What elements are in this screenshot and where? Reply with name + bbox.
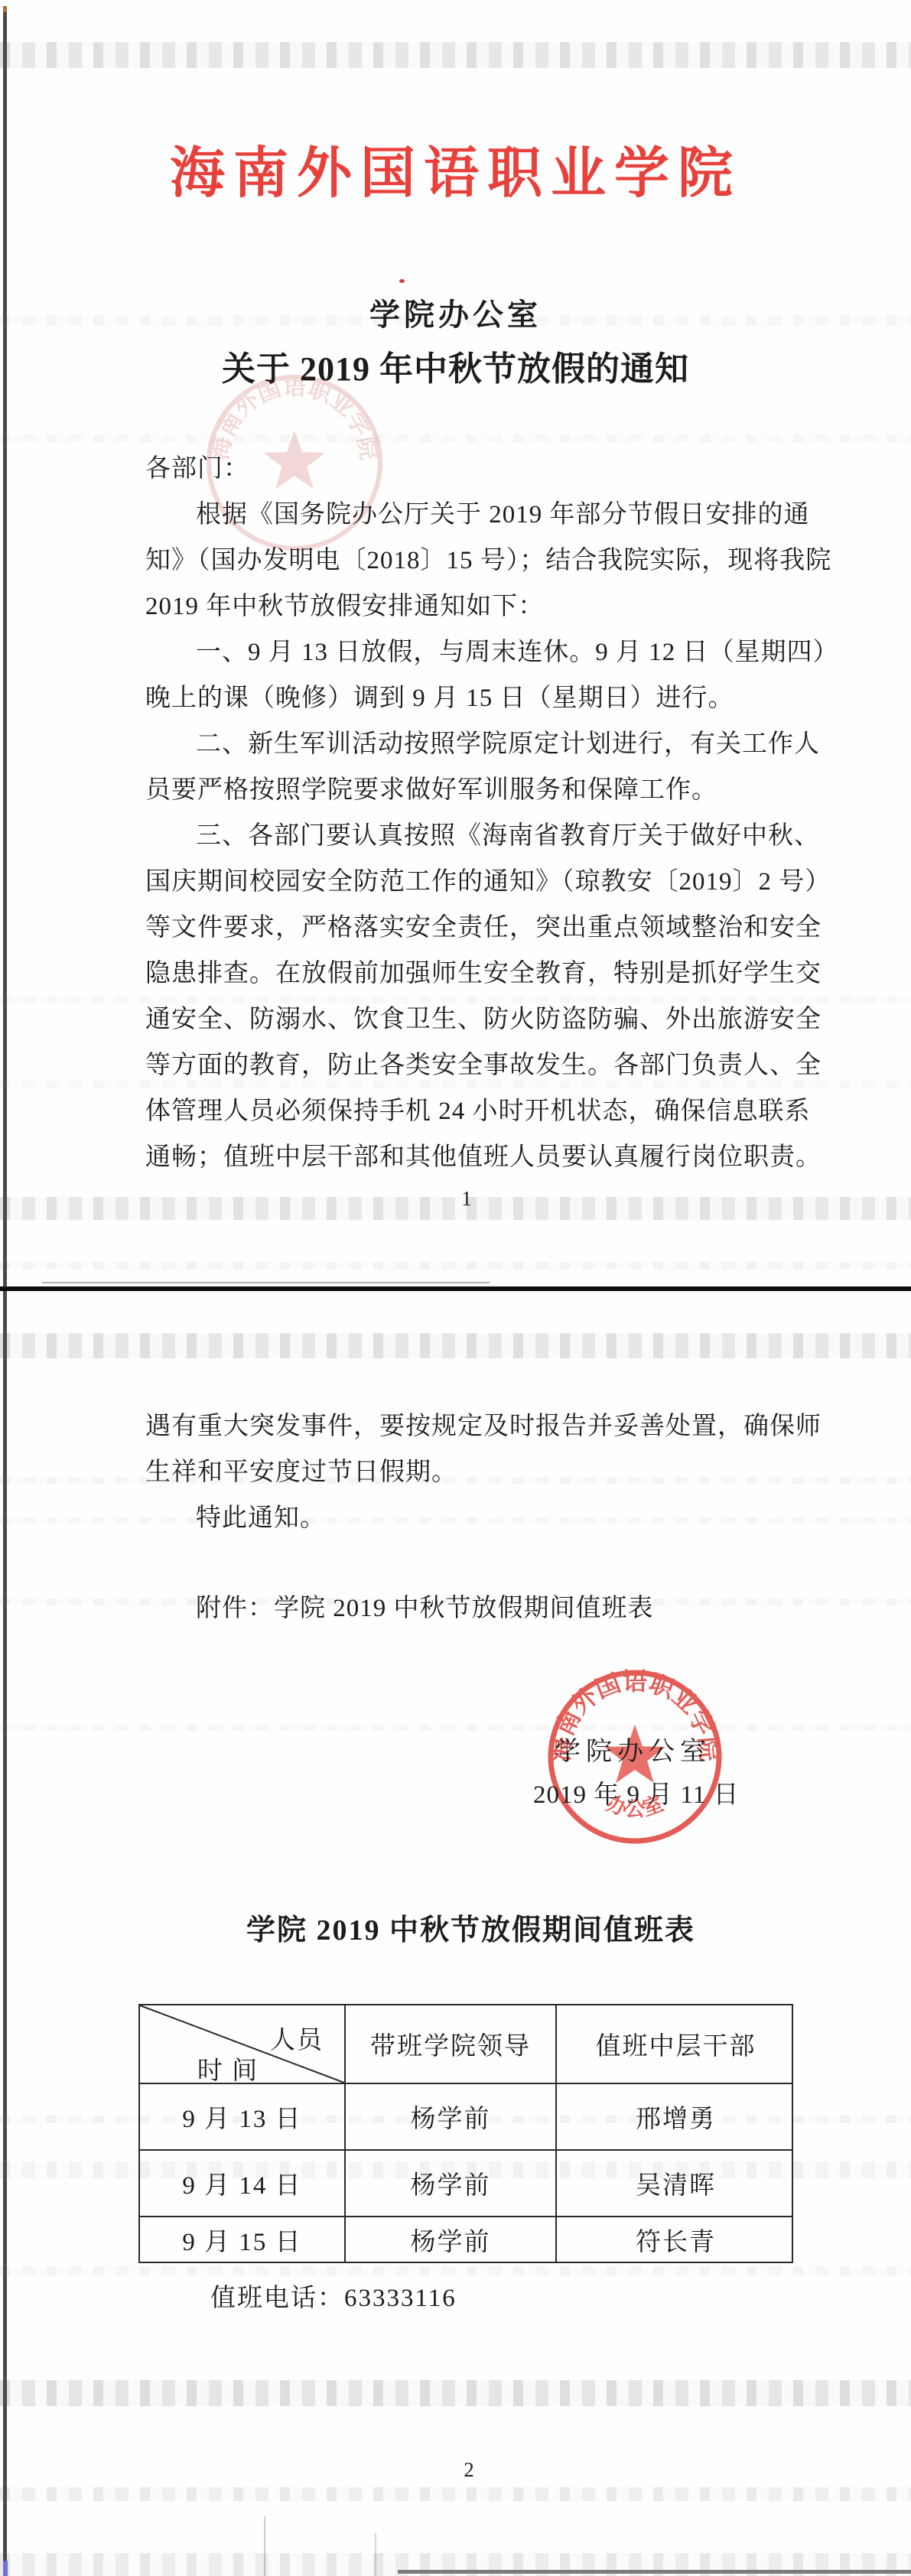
body-line: 体管理人员必须保持手机 24 小时开机状态，确保信息联系 xyxy=(145,1088,780,1134)
scan-left-edge-line xyxy=(3,6,7,2576)
attachment-reference-line: 附件：学院 2019 中秋节放假期间值班表 xyxy=(196,1586,831,1631)
body-line: 国庆期间校园安全防范工作的通知》（琼教安〔2019〕2 号） xyxy=(145,859,780,905)
scan-band xyxy=(0,1725,911,1731)
duty-leader: 杨学前 xyxy=(346,2217,555,2262)
body-line: 根据《国务院办公厅关于 2019 年部分节假日安排的通 xyxy=(145,492,780,538)
duty-cadre: 吴清晖 xyxy=(557,2151,795,2216)
notice-body-page2: 遇有重大突发事件，要按规定及时报告并妥善处置，确保师 生祥和平安度过节日假期。 … xyxy=(145,1403,780,1541)
scan-band xyxy=(0,1262,911,1270)
scan-left-edge-tip xyxy=(3,6,7,12)
notice-body-page1: 各部门： 根据《国务院办公厅关于 2019 年部分节假日安排的通 知》（国办发明… xyxy=(145,446,780,1180)
scan-bottom-dark-line xyxy=(398,2570,911,2574)
duty-date: 9 月 14 日 xyxy=(140,2151,344,2216)
duty-cadre: 邢增勇 xyxy=(557,2084,795,2149)
signer-name: 学院办公室 xyxy=(555,1730,711,1768)
scan-scratch xyxy=(264,2516,265,2576)
duty-phone-line: 值班电话：63333116 xyxy=(210,2278,457,2314)
body-line: 遇有重大突发事件，要按规定及时报告并妥善处置，确保师 xyxy=(145,1403,780,1449)
notice-title: 关于 2019 年中秋节放假的通知 xyxy=(0,341,911,390)
scan-red-dot xyxy=(399,279,405,283)
duty-table-title: 学院 2019 中秋节放假期间值班表 xyxy=(15,1906,911,1948)
body-line: 生祥和平安度过节日假期。 xyxy=(145,1449,780,1495)
body-line: 各部门： xyxy=(145,446,780,492)
duty-cadre: 符长青 xyxy=(557,2217,795,2262)
body-line: 三、各部门要认真按照《海南省教育厅关于做好中秋、 xyxy=(145,813,780,859)
body-line: 通畅；值班中层干部和其他值班人员要认真履行岗位职责。 xyxy=(145,1134,780,1180)
body-line: 晚上的课（晚修）调到 9 月 15 日（星期日）进行。 xyxy=(145,675,780,721)
scan-left-edge-blue xyxy=(3,2561,8,2576)
duty-leader: 杨学前 xyxy=(346,2084,555,2149)
duty-table: 人员 时 间 带班学院领导 值班中层干部 9 月 13 日 杨学前 邢增勇 9 … xyxy=(138,2004,793,2263)
duty-leader: 杨学前 xyxy=(346,2151,555,2216)
body-line: 隐患排查。在放假前加强师生安全教育，特别是抓好学生交 xyxy=(145,951,780,997)
page-separator-bar xyxy=(0,1286,911,1291)
body-line: 2019 年中秋节放假安排通知如下： xyxy=(145,584,780,629)
notice-issuer: 学院办公室 xyxy=(0,291,911,334)
scan-thin-line xyxy=(42,1282,490,1283)
scan-band xyxy=(0,434,911,443)
page-number-1: 1 xyxy=(444,1187,490,1211)
body-line: 员要严格按照学院要求做好军训服务和保障工作。 xyxy=(145,767,780,813)
duty-date: 9 月 15 日 xyxy=(140,2217,344,2262)
scan-band xyxy=(0,2487,911,2501)
college-letterhead: 海南外国语职业学院 xyxy=(0,128,911,208)
body-line: 等方面的教育，防止各类安全事故发生。各部门负责人、全 xyxy=(145,1042,780,1088)
body-line: 通安全、防溺水、饮食卫生、防火防盗防骗、外出旅游安全 xyxy=(145,997,780,1042)
body-line: 一、9 月 13 日放假，与周末连休。9 月 12 日（星期四） xyxy=(145,629,780,675)
scan-band xyxy=(0,42,911,68)
scan-scratch xyxy=(375,2533,376,2576)
scan-band xyxy=(0,2266,911,2275)
body-line: 知》（国办发明电〔2018〕15 号）；结合我院实际，现将我院 xyxy=(145,538,780,584)
duty-date: 9 月 13 日 xyxy=(140,2084,344,2149)
signature-date: 2019 年 9 月 11 日 xyxy=(533,1774,740,1810)
scan-band xyxy=(0,2380,911,2406)
corner-label-time: 时 间 xyxy=(171,2053,285,2083)
page-number-2: 2 xyxy=(446,2458,492,2482)
body-line: 二、新生军训活动按照学院原定计划进行，有关工作人 xyxy=(145,721,780,767)
column-header-leader: 带班学院领导 xyxy=(346,2005,555,2083)
scanned-notice-document: 海南外国语职业学院 海南外国语职业学院 学院办公室 关于 2019 年中秋节放假… xyxy=(0,0,911,2576)
column-header-cadre: 值班中层干部 xyxy=(557,2005,795,2083)
corner-label-person: 人员 xyxy=(255,2022,339,2053)
scan-band xyxy=(0,1333,911,1358)
body-line: 等文件要求，严格落实安全责任，突出重点领域整治和安全 xyxy=(145,905,780,951)
body-line: 特此通知。 xyxy=(145,1495,780,1541)
